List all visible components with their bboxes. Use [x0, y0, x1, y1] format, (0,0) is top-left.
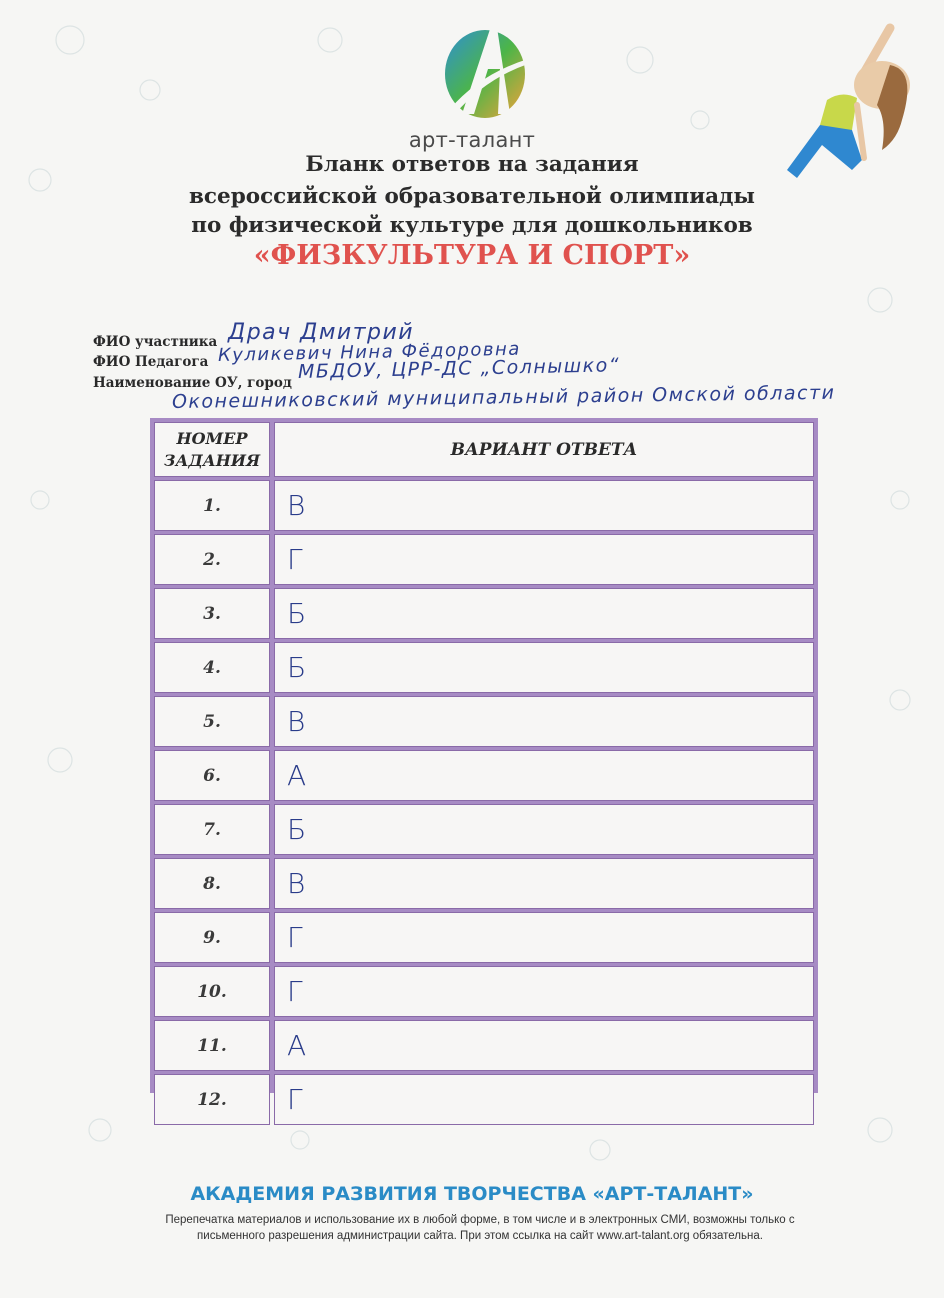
task-number: 10.: [154, 966, 270, 1017]
answer-cell[interactable]: Б: [274, 804, 814, 855]
answer-cell[interactable]: Б: [274, 642, 814, 693]
answer-cell[interactable]: Б: [274, 588, 814, 639]
task-number: 7.: [154, 804, 270, 855]
task-number: 4.: [154, 642, 270, 693]
copyright-notice: Перепечатка материалов и использование и…: [110, 1212, 850, 1244]
table-row: 1.В: [154, 480, 814, 531]
answer-cell[interactable]: Г: [274, 1074, 814, 1125]
participant-name-label: ФИО участника: [93, 334, 217, 350]
teacher-name-label: ФИО Педагога: [93, 354, 208, 370]
table-row: 9.Г: [154, 912, 814, 963]
copyright-line-1: Перепечатка материалов и использование и…: [110, 1212, 850, 1228]
table-row: 5.В: [154, 696, 814, 747]
answer-cell[interactable]: В: [274, 696, 814, 747]
art-talant-logo-icon: [440, 14, 530, 124]
answer-cell[interactable]: Г: [274, 912, 814, 963]
column-header-task-number-line-2: ЗАДАНИЯ: [164, 450, 260, 472]
answer-cell[interactable]: Г: [274, 534, 814, 585]
answer-cell[interactable]: А: [274, 750, 814, 801]
task-number: 3.: [154, 588, 270, 639]
task-number: 2.: [154, 534, 270, 585]
table-row: 10.Г: [154, 966, 814, 1017]
answer-cell[interactable]: В: [274, 858, 814, 909]
table-row: 12.Г: [154, 1074, 814, 1125]
answer-cell[interactable]: Г: [274, 966, 814, 1017]
stretching-girl-illustration: [782, 10, 944, 200]
table-row: 2.Г: [154, 534, 814, 585]
task-number: 12.: [154, 1074, 270, 1125]
answer-cell[interactable]: В: [274, 480, 814, 531]
table-row: 4.Б: [154, 642, 814, 693]
academy-name: АКАДЕМИЯ РАЗВИТИЯ ТВОРЧЕСТВА «АРТ-ТАЛАНТ…: [0, 1183, 944, 1205]
column-header-task-number-line-1: НОМЕР: [164, 428, 260, 450]
table-row: 3.Б: [154, 588, 814, 639]
task-number: 5.: [154, 696, 270, 747]
copyright-line-2: письменного разрешения администрации сай…: [110, 1228, 850, 1244]
task-number: 8.: [154, 858, 270, 909]
table-row: 6.А: [154, 750, 814, 801]
table-header-row: НОМЕР ЗАДАНИЯ ВАРИАНТ ОТВЕТА: [154, 422, 814, 477]
table-row: 7.Б: [154, 804, 814, 855]
answer-table: НОМЕР ЗАДАНИЯ ВАРИАНТ ОТВЕТА 1.В2.Г3.Б4.…: [150, 418, 818, 1093]
table-row: 11.А: [154, 1020, 814, 1071]
olympiad-name: «ФИЗКУЛЬТУРА И СПОРТ»: [0, 240, 944, 271]
task-number: 11.: [154, 1020, 270, 1071]
form-title-line-3: по физической культуре для дошкольников: [0, 213, 944, 238]
task-number: 1.: [154, 480, 270, 531]
column-header-task-number: НОМЕР ЗАДАНИЯ: [154, 422, 270, 477]
organization-label: Наименование ОУ, город: [93, 375, 292, 391]
table-row: 8.В: [154, 858, 814, 909]
task-number: 9.: [154, 912, 270, 963]
task-number: 6.: [154, 750, 270, 801]
column-header-answer: ВАРИАНТ ОТВЕТА: [274, 422, 814, 477]
answer-cell[interactable]: А: [274, 1020, 814, 1071]
